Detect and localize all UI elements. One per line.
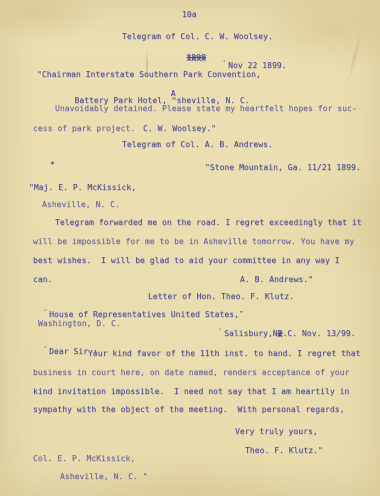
andrews-body-line2: will be impossible for me to be in Ashev… <box>33 237 354 246</box>
woolsey-struck-text: 1898XXXX <box>167 44 206 71</box>
klutz-dateline: ″Salisbury,N2X.C. Nov. 13/99. <box>199 320 356 347</box>
klutz-salutation: ″Dear Sir : <box>24 338 98 365</box>
klutz-body-line4: sympathy with the object of the meeting.… <box>33 405 344 414</box>
klutz-closing: Very truly yours, <box>235 427 318 436</box>
klutz-sender-line2: Washington, D. C. <box>38 319 121 328</box>
klutz-recipient-line2: Asheville, N. C. " <box>60 472 148 481</box>
andrews-dateline: "Stone Mountain, Ga. 11/21 1899. <box>205 163 361 172</box>
page-number: 10a <box>182 10 197 19</box>
quote-mark: ″ <box>222 60 228 67</box>
klutz-signature: Theo. F. Klutz." <box>245 446 323 455</box>
andrews-title: Telegram of Col. A. B. Andrews. <box>122 140 273 149</box>
andrews-address-line1: "Maj. E. P. McKissick, <box>29 183 136 192</box>
scanned-letter-page: 10a Telegram of Col. C. W. Woolsey. 1898… <box>0 0 380 496</box>
andrews-body-line4: can. <box>33 275 52 284</box>
woolsey-address-line1: "Chairman Interstate Southern Park Conve… <box>37 70 261 79</box>
klutz-recipient-line1: Col. E. P. McKissick, <box>33 454 135 463</box>
quote-mark: ″ <box>43 346 49 353</box>
klutz-body-line1: Your kind favor of the 11th inst. to han… <box>88 349 361 358</box>
andrews-asterisk: * <box>50 160 55 169</box>
woolsey-signature: C. W. Woolsey." <box>143 124 216 133</box>
woolsey-title: Telegram of Col. C. W. Woolsey. <box>122 32 273 41</box>
andrews-body-line1: Telegram forwarded me on the road. I reg… <box>55 218 362 227</box>
klutz-body-line3: kind invitation impossible. I need not s… <box>33 387 349 396</box>
andrews-signature: A. B. Andrews." <box>240 275 313 284</box>
quote-mark: ″ <box>43 309 49 316</box>
quote-mark: ″ <box>218 328 224 335</box>
andrews-body-line3: best wishes. I will be glad to aid your … <box>33 256 340 265</box>
klutz-title: Letter of Hon. Theo. F. Klutz. <box>148 292 294 301</box>
paper-crease <box>346 29 363 88</box>
woolsey-body-line2: cess of park project. <box>33 124 135 133</box>
woolsey-body-line1: Unavoidably detained. Please state my he… <box>55 104 357 113</box>
klutz-body-line2: business in court here, on date named, r… <box>33 368 349 377</box>
andrews-address-line2: Asheville, N. C. <box>42 200 120 209</box>
